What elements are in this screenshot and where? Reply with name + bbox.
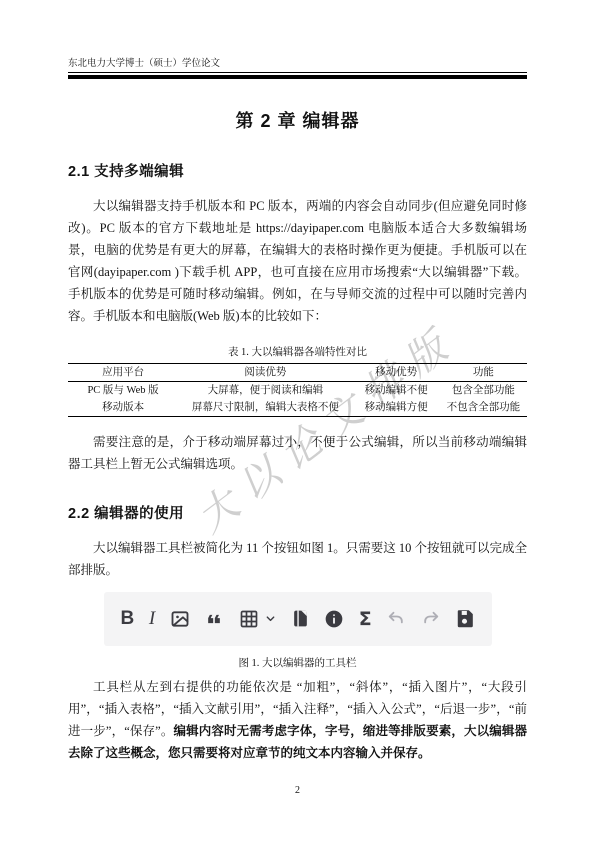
sigma-glyph: Σ [359, 608, 372, 630]
chevron-down-icon [265, 613, 276, 624]
figure-caption: 图 1. 大以编辑器的工具栏 [68, 655, 527, 670]
table-cell: 大屏幕，便于阅读和编辑 [178, 381, 352, 399]
header-rule-thick [68, 75, 527, 79]
section-heading-2-2: 2.2 编辑器的使用 [68, 502, 527, 523]
citation-icon [291, 609, 310, 628]
table-caption: 表 1. 大以编辑器各端特性对比 [68, 344, 527, 359]
undo-icon [386, 609, 406, 629]
header-rule-thin [68, 72, 527, 73]
paragraph: 大以编辑器工具栏被简化为 11 个按钮如图 1。只需要这 10 个按钮就可以完成… [68, 537, 527, 581]
table-header-cell: 移动优势 [353, 363, 440, 381]
bold-glyph: B [121, 608, 135, 630]
quote-icon [204, 609, 224, 629]
comparison-table: 应用平台 阅读优势 移动优势 功能 PC 版与 Web 版 大屏幕，便于阅读和编… [68, 363, 527, 417]
table-header-cell: 阅读优势 [178, 363, 352, 381]
table-cell: 不包含全部功能 [440, 399, 527, 417]
table-row: 移动版本 屏幕尺寸限制，编辑大表格不便 移动编辑方便 不包含全部功能 [68, 399, 527, 417]
table-header-cell: 应用平台 [68, 363, 178, 381]
page-number: 2 [0, 785, 595, 796]
redo-icon [421, 609, 441, 629]
italic-glyph: I [149, 608, 155, 630]
paragraph: 需要注意的是，介于移动端屏幕过小，不便于公式编辑，所以当前移动端编辑器工具栏上暂… [68, 431, 527, 475]
page-content: 东北电力大学博士（硕士）学位论文 第 2 章 编辑器 2.1 支持多端编辑 大以… [68, 0, 527, 764]
info-icon [324, 609, 344, 629]
table-cell: 屏幕尺寸限制，编辑大表格不便 [178, 399, 352, 417]
italic-icon: I [149, 608, 155, 630]
chapter-title: 第 2 章 编辑器 [68, 107, 527, 133]
table-icon [239, 609, 259, 629]
running-header-text: 东北电力大学博士（硕士）学位论文 [68, 55, 527, 69]
document-page: 大以论文排版 东北电力大学博士（硕士）学位论文 第 2 章 编辑器 2.1 支持… [0, 0, 595, 842]
table-cell: 移动编辑不便 [353, 381, 440, 399]
running-header: 东北电力大学博士（硕士）学位论文 [68, 0, 527, 79]
save-icon [455, 609, 474, 628]
table-cell: 移动版本 [68, 399, 178, 417]
image-icon [170, 609, 190, 629]
table-cell: PC 版与 Web 版 [68, 381, 178, 399]
table-header-cell: 功能 [440, 363, 527, 381]
paragraph: 大以编辑器支持手机版本和 PC 版本，两端的内容会自动同步(但应避免同时修改)。… [68, 195, 527, 327]
section-heading-2-1: 2.1 支持多端编辑 [68, 160, 527, 181]
editor-toolbar-figure: B I [104, 592, 492, 646]
table-cell: 移动编辑方便 [353, 399, 440, 417]
formula-icon: Σ [359, 608, 372, 630]
table-header-row: 应用平台 阅读优势 移动优势 功能 [68, 363, 527, 381]
table-cell: 包含全部功能 [440, 381, 527, 399]
table-insert-button [239, 609, 276, 629]
bold-icon: B [121, 608, 135, 630]
paragraph: 工具栏从左到右提供的功能依次是 “加粗”，“斜体”，“插入图片”，“大段引用”，… [68, 676, 527, 764]
table-row: PC 版与 Web 版 大屏幕，便于阅读和编辑 移动编辑不便 包含全部功能 [68, 381, 527, 399]
